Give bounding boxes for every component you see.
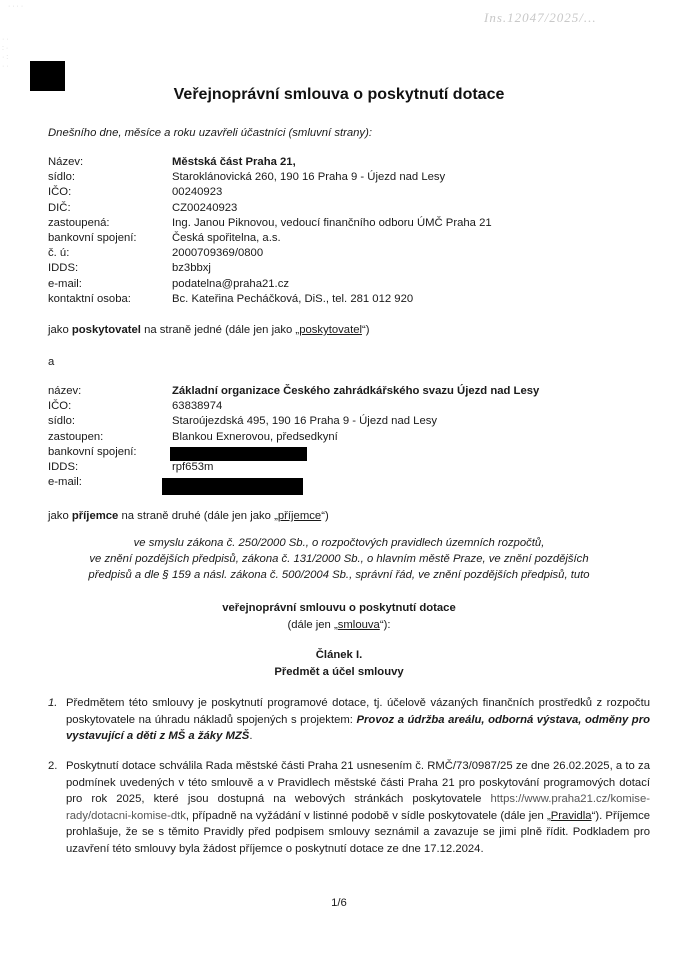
field-label: e-mail: (48, 475, 82, 490)
provider-field-row: DIČ:CZ00240923 (48, 201, 648, 216)
contract-alias: smlouva (338, 619, 380, 631)
field-label: sídlo: (48, 170, 75, 185)
field-label: kontaktní osoba: (48, 292, 131, 307)
page-number: 1/6 (0, 897, 678, 909)
recipient-field-row: e-mail: (48, 475, 648, 490)
field-label: název: (48, 384, 81, 399)
field-label: Název: (48, 155, 83, 170)
recipient-field-row: sídlo:Staroújezdská 495, 190 16 Praha 9 … (48, 414, 648, 429)
provider-role: poskytovatel (72, 324, 141, 336)
paragraph-number: 1. (48, 695, 57, 712)
recipient-role: příjemce (72, 510, 118, 522)
field-value: CZ00240923 (172, 201, 237, 216)
provider-field-row: IDDS:bz3bbxj (48, 261, 648, 276)
field-label: IDDS: (48, 460, 78, 475)
article-title: Předmět a účel smlouvy (0, 666, 678, 678)
field-value: Staroklánovická 260, 190 16 Praha 9 - Új… (172, 170, 445, 185)
field-value: bz3bbxj (172, 261, 211, 276)
field-value: Blankou Exnerovou, předsedkyní (172, 430, 338, 445)
provider-field-row: sídlo:Staroklánovická 260, 190 16 Praha … (48, 170, 648, 185)
field-label: IČO: (48, 185, 71, 200)
recipient-alias: příjemce (278, 510, 321, 522)
paragraph-number: 2. (48, 758, 57, 775)
scan-artifact: · · · · (8, 3, 23, 10)
field-label: IDDS: (48, 261, 78, 276)
document-title: Veřejnoprávní smlouva o poskytnutí dotac… (0, 86, 678, 104)
field-value: Základní organizace Českého zahrádkářské… (172, 384, 539, 399)
field-label: e-mail: (48, 277, 82, 292)
provider-alias: poskytovatel (299, 324, 362, 336)
field-value: Městská část Praha 21, (172, 155, 296, 170)
field-label: bankovní spojení: (48, 445, 137, 460)
paragraph-1: 1. Předmětem této smlouvy je poskytnutí … (48, 695, 650, 745)
field-label: zastoupená: (48, 216, 110, 231)
provider-field-row: Název:Městská část Praha 21, (48, 155, 648, 170)
conjunction-a: a (48, 356, 54, 368)
provider-field-row: bankovní spojení:Česká spořitelna, a.s. (48, 231, 648, 246)
field-value: Bc. Kateřina Pecháčková, DiS., tel. 281 … (172, 292, 413, 307)
provider-field-row: e-mail:podatelna@praha21.cz (48, 277, 648, 292)
field-label: DIČ: (48, 201, 71, 216)
recipient-role-line: jako příjemce na straně druhé (dále jen … (48, 510, 329, 522)
provider-field-row: č. ú:2000709369/0800 (48, 246, 648, 261)
margin-scan-noise: · ·: ·· :· · (2, 35, 26, 71)
provider-field-row: zastoupená:Ing. Janou Piknovou, vedoucí … (48, 216, 648, 231)
field-label: IČO: (48, 399, 71, 414)
field-label: bankovní spojení: (48, 231, 137, 246)
intro-text: Dnešního dne, měsíce a roku uzavřeli úča… (48, 127, 372, 139)
provider-field-row: kontaktní osoba:Bc. Kateřina Pecháčková,… (48, 292, 648, 307)
article-number: Článek I. (0, 649, 678, 661)
field-value: Česká spořitelna, a.s. (172, 231, 281, 246)
field-label: sídlo: (48, 414, 75, 429)
field-label: č. ú: (48, 246, 69, 261)
field-value: Staroújezdská 495, 190 16 Praha 9 - Újez… (172, 414, 437, 429)
recipient-field-row: IČO:63838974 (48, 399, 648, 414)
registry-stamp: Ins.12047/2025/... (484, 10, 597, 26)
redacted-value (162, 478, 303, 495)
provider-role-line: jako poskytovatel na straně jedné (dále … (48, 324, 370, 336)
field-value: 2000709369/0800 (172, 246, 263, 261)
field-value: Ing. Janou Piknovou, vedoucí finančního … (172, 216, 492, 231)
contract-name: veřejnoprávní smlouvu o poskytnutí dotac… (0, 602, 678, 614)
recipient-field-row: zastoupen:Blankou Exnerovou, předsedkyní (48, 430, 648, 445)
field-label: zastoupen: (48, 430, 103, 445)
field-value: rpf653m (172, 460, 213, 475)
recipient-field-row: název:Základní organizace Českého zahrád… (48, 384, 648, 399)
field-value: podatelna@praha21.cz (172, 277, 289, 292)
rules-alias: Pravidla (551, 810, 592, 822)
paragraph-2: 2. Poskytnutí dotace schválila Rada měst… (48, 758, 650, 857)
field-value: 63838974 (172, 399, 222, 414)
contract-alias-line: (dále jen „smlouva“): (0, 619, 678, 631)
recipient-field-row: bankovní spojení: (48, 445, 648, 460)
field-value: 00240923 (172, 185, 222, 200)
redacted-value (170, 447, 307, 461)
provider-field-row: IČO:00240923 (48, 185, 648, 200)
recipient-field-row: IDDS:rpf653m (48, 460, 648, 475)
legal-basis: ve smyslu zákona č. 250/2000 Sb., o rozp… (0, 535, 678, 583)
